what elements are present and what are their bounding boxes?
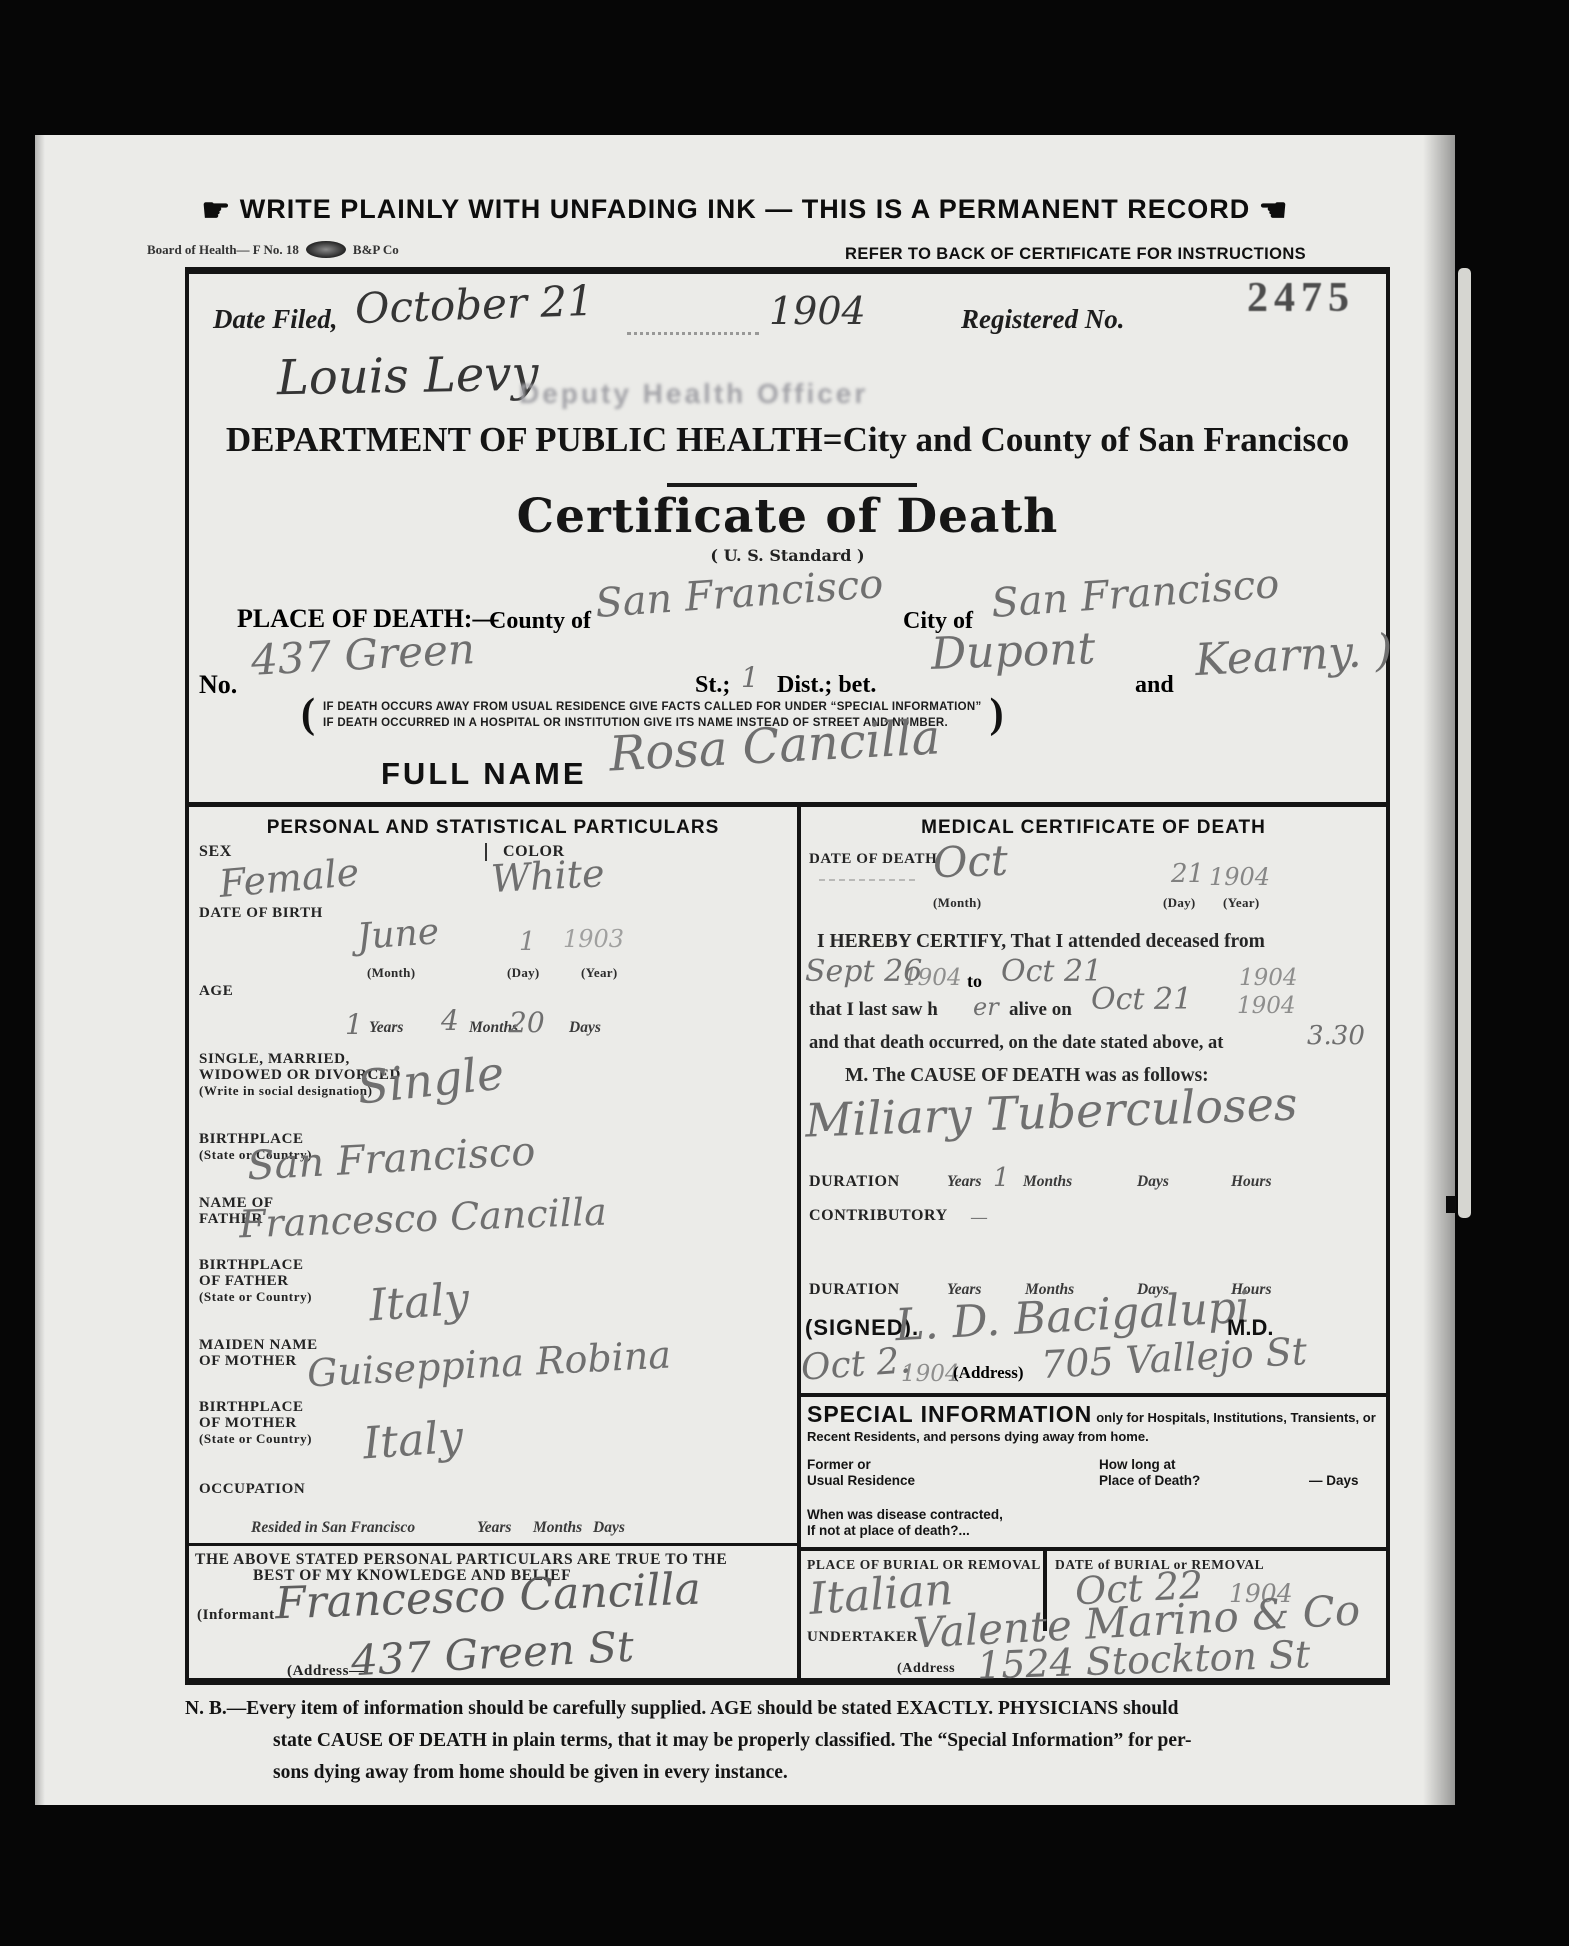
father-birthplace-label-2: OF FATHER bbox=[199, 1273, 289, 1290]
duration1-label: DURATION bbox=[809, 1173, 900, 1191]
duration1-months-label: Months bbox=[1023, 1173, 1072, 1191]
undertaker-address-label: (Address bbox=[897, 1661, 955, 1677]
attended-to-year: 1904 bbox=[1239, 967, 1298, 990]
contracted-label-2: If not at place of death?... bbox=[807, 1523, 970, 1538]
informant-address-value: 437 Green St bbox=[350, 1626, 635, 1683]
personal-title: PERSONAL AND STATISTICAL PARTICULARS bbox=[189, 817, 797, 839]
medical-column: MEDICAL CERTIFICATE OF DEATH DATE OF DEA… bbox=[801, 807, 1386, 1678]
standard-note: ( U. S. Standard ) bbox=[189, 546, 1386, 565]
father-birthplace-label-1: BIRTHPLACE bbox=[199, 1257, 304, 1274]
full-name-label: FULL NAME bbox=[381, 756, 587, 792]
age-years-value: 1 bbox=[345, 1011, 363, 1039]
page-shadow-left bbox=[35, 135, 45, 1805]
registered-label: Registered No. bbox=[961, 304, 1124, 335]
between-a-value: Dupont bbox=[930, 627, 1096, 677]
informant-label: (Informant bbox=[197, 1607, 275, 1624]
dod-year-sub: (Year) bbox=[1223, 895, 1259, 911]
city-value: San Francisco bbox=[990, 564, 1281, 624]
sex-label: SEX bbox=[199, 843, 232, 861]
dob-day-sub: (Day) bbox=[507, 965, 540, 981]
paren-open: ( bbox=[301, 698, 315, 732]
father-name-value: Francesco Cancilla bbox=[238, 1193, 607, 1244]
contributory-value: — bbox=[971, 1209, 987, 1227]
footnote-line-3: sons dying away from home should be give… bbox=[273, 1757, 1325, 1789]
signed-date-value: Oct 2. bbox=[800, 1343, 912, 1387]
board-line-right: B&P Co bbox=[353, 242, 399, 258]
duration1-days-label: Days bbox=[1137, 1173, 1169, 1191]
dod-day-sub: (Day) bbox=[1163, 895, 1196, 911]
pointing-hand-right-icon: ☛ bbox=[202, 192, 232, 228]
dob-label: DATE OF BIRTH bbox=[199, 905, 323, 922]
date-filed-dots bbox=[627, 332, 759, 335]
duration1-months-value: 1 bbox=[993, 1165, 1010, 1191]
title-divider bbox=[667, 483, 917, 487]
footnote: N. B.—Every item of information should b… bbox=[185, 1693, 1325, 1790]
former-label-1: Former or bbox=[807, 1457, 871, 1472]
footnote-line-1: N. B.—Every item of information should b… bbox=[185, 1693, 1325, 1725]
st-label: St.; bbox=[695, 672, 730, 699]
dod-month-value: Oct bbox=[932, 840, 1008, 885]
medical-title: MEDICAL CERTIFICATE OF DEATH bbox=[801, 817, 1386, 839]
mother-birthplace-label-3: (State or Country) bbox=[199, 1431, 312, 1447]
marital-label-1: SINGLE, MARRIED, bbox=[199, 1051, 350, 1068]
dod-year-value: 1904 bbox=[1209, 865, 1270, 889]
occupation-label: OCCUPATION bbox=[199, 1481, 305, 1498]
registrar-stamp: Deputy Health Officer bbox=[519, 378, 868, 410]
contributory-label: CONTRIBUTORY bbox=[809, 1207, 948, 1225]
age-days-label: Days bbox=[569, 1019, 601, 1037]
age-years-label: Years bbox=[369, 1019, 403, 1037]
board-line-left: Board of Health— F No. 18 bbox=[147, 242, 299, 258]
mother-name-value: Guiseppina Robina bbox=[306, 1335, 672, 1392]
marital-label-3: (Write in social designation) bbox=[199, 1083, 373, 1099]
mother-birthplace-label-2: OF MOTHER bbox=[199, 1415, 297, 1432]
personal-column: PERSONAL AND STATISTICAL PARTICULARS SEX… bbox=[189, 807, 801, 1678]
dod-month-sub: (Month) bbox=[933, 895, 981, 911]
certificate-box: Date Filed, October 21 1904 Registered N… bbox=[185, 267, 1390, 1685]
to-label: to bbox=[967, 971, 982, 992]
contracted-label-1: When was disease contracted, bbox=[807, 1507, 1003, 1522]
mother-birthplace-label-1: BIRTHPLACE bbox=[199, 1399, 304, 1416]
signed-address-value: 705 Vallejo St bbox=[1040, 1332, 1308, 1384]
last-saw-b: alive on bbox=[1009, 999, 1072, 1021]
resided-days-label: Days bbox=[593, 1519, 625, 1537]
certificate-page: ☛ WRITE PLAINLY WITH UNFADING INK — THIS… bbox=[35, 135, 1455, 1805]
dob-year-sub: (Year) bbox=[581, 965, 617, 981]
dob-month-value: June bbox=[356, 914, 440, 956]
resided-years-label: Years bbox=[477, 1519, 511, 1537]
department-title: DEPARTMENT OF PUBLIC HEALTH=City and Cou… bbox=[189, 420, 1386, 460]
and-label: and bbox=[1135, 672, 1174, 699]
resided-prefix: Resided in San Francisco bbox=[251, 1519, 415, 1537]
age-days-value: 20 bbox=[509, 1009, 545, 1037]
particulars-table: PERSONAL AND STATISTICAL PARTICULARS SEX… bbox=[189, 802, 1386, 1678]
special-para: SPECIAL INFORMATION only for Hospitals, … bbox=[807, 1401, 1385, 1446]
former-label-2: Usual Residence bbox=[807, 1473, 915, 1488]
date-filed-year: 1904 bbox=[769, 292, 866, 330]
certify-line: I HEREBY CERTIFY, That I attended deceas… bbox=[817, 931, 1265, 953]
page-shadow-right bbox=[1423, 135, 1455, 1805]
informant-value: Francesco Cancilla bbox=[274, 1568, 701, 1627]
pointing-hand-left-icon: ☚ bbox=[1259, 192, 1289, 228]
special-divider bbox=[801, 1393, 1386, 1397]
scanned-document: ☛ WRITE PLAINLY WITH UNFADING INK — THIS… bbox=[0, 0, 1569, 1946]
dob-day-value: 1 bbox=[519, 929, 536, 955]
age-months-value: 4 bbox=[441, 1007, 459, 1035]
sex-value: Female bbox=[218, 853, 361, 903]
county-label: County of bbox=[489, 608, 591, 635]
father-birthplace-label-3: (State or Country) bbox=[199, 1289, 312, 1305]
last-saw-a: that I last saw h bbox=[809, 999, 938, 1021]
street-no-label: No. bbox=[199, 670, 237, 700]
dod-dashes bbox=[819, 879, 915, 881]
top-banner: ☛ WRITE PLAINLY WITH UNFADING INK — THIS… bbox=[35, 191, 1455, 229]
refer-note: REFER TO BACK OF CERTIFICATE FOR INSTRUC… bbox=[845, 245, 1306, 264]
last-saw-year: 1904 bbox=[1237, 995, 1296, 1018]
mother-birthplace-value: Italy bbox=[362, 1416, 465, 1467]
between-b-value: Kearny. ) bbox=[1194, 629, 1394, 683]
duration1-years-label: Years bbox=[947, 1173, 981, 1191]
edge-mark bbox=[1446, 1196, 1456, 1213]
dod-day-value: 21 bbox=[1171, 861, 1204, 887]
father-birthplace-value: Italy bbox=[368, 1278, 471, 1329]
residence-note-line-1: IF DEATH OCCURS AWAY FROM USUAL RESIDENC… bbox=[323, 701, 982, 713]
printer-logo-icon bbox=[306, 241, 346, 258]
registrar-signature: Louis Levy bbox=[277, 350, 539, 403]
duration2-label: DURATION bbox=[809, 1281, 900, 1299]
cause-value: Miliary Tuberculoses bbox=[804, 1080, 1298, 1143]
attended-to-value: Oct 21 bbox=[1001, 957, 1102, 987]
dist-value: 1 bbox=[741, 664, 759, 692]
last-saw-date: Oct 21 bbox=[1091, 985, 1192, 1015]
howlong-label-2: Place of Death? bbox=[1099, 1473, 1200, 1488]
dist-label: Dist.; bet. bbox=[777, 672, 876, 699]
last-saw-hw: er bbox=[973, 995, 999, 1019]
burial-divider bbox=[801, 1547, 1386, 1551]
signed-year-value: 1904 bbox=[901, 1363, 960, 1386]
color-value: White bbox=[490, 854, 605, 898]
registered-value: 2475 bbox=[1247, 274, 1355, 322]
signed-address-label: (Address) bbox=[953, 1363, 1024, 1383]
mother-name-label-2: OF MOTHER bbox=[199, 1353, 297, 1370]
attended-from-year: 1904 bbox=[903, 967, 962, 990]
board-line: Board of Health— F No. 18 B&P Co bbox=[147, 241, 399, 258]
marital-value: Single bbox=[355, 1049, 506, 1110]
dob-month-sub: (Month) bbox=[367, 965, 415, 981]
occurred-line: and that death occurred, on the date sta… bbox=[809, 1033, 1223, 1054]
county-value: San Francisco bbox=[594, 564, 885, 624]
certificate-title: Certificate of Death bbox=[189, 489, 1386, 544]
banner-text: WRITE PLAINLY WITH UNFADING INK — THIS I… bbox=[240, 194, 1251, 224]
personal-divider bbox=[189, 1543, 797, 1546]
dob-year-value: 1903 bbox=[563, 927, 624, 951]
book-page-edge bbox=[1458, 268, 1471, 1218]
age-label: AGE bbox=[199, 983, 233, 1000]
street-value: 437 Green bbox=[250, 628, 476, 682]
undertaker-address-value: 1524 Stockton St bbox=[976, 1635, 1310, 1685]
full-name-value: Rosa Cancilla bbox=[608, 713, 941, 778]
mother-name-label-1: MAIDEN NAME bbox=[199, 1337, 318, 1354]
date-filed-label: Date Filed, bbox=[213, 304, 337, 335]
resided-months-label: Months bbox=[533, 1519, 582, 1537]
howlong-label-1: How long at bbox=[1099, 1457, 1176, 1472]
dod-label: DATE OF DEATH bbox=[809, 851, 937, 868]
special-title: SPECIAL INFORMATION bbox=[807, 1401, 1092, 1427]
date-filed-value: October 21 bbox=[354, 280, 594, 330]
duration1-hours-label: Hours bbox=[1231, 1173, 1272, 1191]
undertaker-label: UNDERTAKER bbox=[807, 1629, 918, 1646]
howlong-days: — Days bbox=[1309, 1473, 1359, 1488]
occurred-time: 3.30 bbox=[1307, 1023, 1365, 1049]
footnote-line-2: state CAUSE OF DEATH in plain terms, tha… bbox=[273, 1725, 1325, 1757]
paren-close: ) bbox=[990, 698, 1004, 732]
